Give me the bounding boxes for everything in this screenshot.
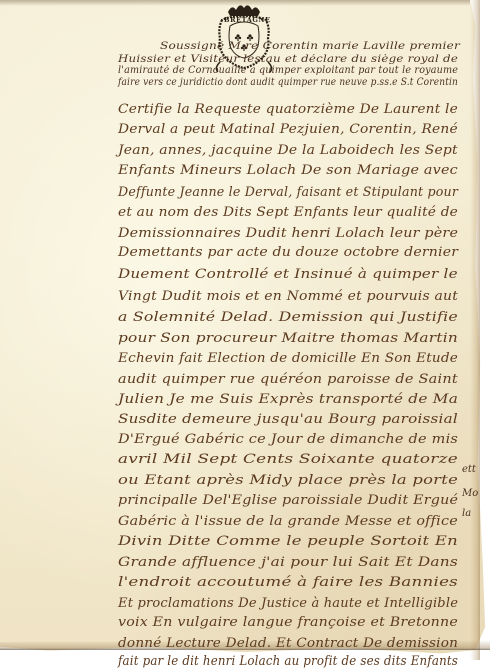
manuscript-line: donné Lecture Delad. Et Contract De demi…: [118, 636, 458, 651]
stamp-label: BRETAGNE: [224, 16, 264, 24]
manuscript-line: ou Etant après Midy place près la porte: [118, 473, 458, 488]
manuscript-line: audit quimper rue quéréon paroisse de Sa…: [118, 372, 458, 387]
manuscript-line: D'Ergué Gabéric ce Jour de dimanche de m…: [118, 432, 458, 447]
manuscript-line: l'amirauté de Cornouaille a quimper expl…: [118, 65, 458, 76]
manuscript-line: Echevin fait Election de domicille En So…: [118, 351, 458, 366]
manuscript-line: Et proclamations De Justice à haute et I…: [118, 596, 458, 611]
manuscript-line: Soussigné M.re Corentin marie Laville pr…: [160, 41, 460, 52]
manuscript-line: Derval a peut Matinal Pezjuien, Corentin…: [118, 122, 458, 137]
manuscript-line: et au nom des Dits Sept Enfants leur qua…: [118, 205, 458, 220]
manuscript-line: Huissier et Visiteur lestau et déclare d…: [118, 54, 458, 65]
margin-note: ett: [462, 464, 476, 475]
margin-note: la: [462, 508, 471, 519]
manuscript-line: Demettants par acte du douze octobre der…: [118, 245, 458, 260]
manuscript-line: Divin Ditte Comme le peuple Sortoit En: [118, 534, 458, 549]
manuscript-line: Enfants Mineurs Lolach De son Mariage av…: [118, 163, 458, 178]
manuscript-line: Deffunte Jeanne le Derval, faisant et St…: [118, 185, 458, 200]
manuscript-line: a Solemnité Delad. Demission qui Justifi…: [118, 310, 458, 325]
manuscript-line: Grande affluence j'ai pour lui Sait Et D…: [118, 555, 458, 570]
manuscript-line: Jean, annes, jacquine De la Laboidech le…: [118, 143, 458, 158]
manuscript-line: Certifie la Requeste quatorzième De Laur…: [118, 102, 458, 117]
manuscript-line: Julien Je me Suis Exprès transporté de M…: [118, 392, 458, 407]
manuscript-line: Gabéric à l'issue de la grande Messe et …: [118, 514, 458, 529]
manuscript-line: Susdite demeure jusqu'au Bourg paroissia…: [118, 412, 458, 427]
manuscript-line: fait par le dit henri Lolach au profit d…: [118, 654, 458, 669]
manuscript-line: l'endroit accoutumé à faire les Bannies: [118, 575, 458, 590]
manuscript-line: Demissionnaires Dudit henri Lolach leur …: [118, 226, 458, 241]
manuscript-line: Duement Controllé et Insinué à quimper l…: [118, 267, 458, 282]
manuscript-line: voix En vulgaire langue françoise et Bre…: [118, 615, 458, 630]
manuscript-line: faire vers ce juridictio dont audit quim…: [118, 77, 458, 88]
manuscript-line: avril Mil Sept Cents Soixante quatorze: [118, 452, 458, 467]
manuscript-line: principalle Del'Eglise paroissiale Dudit…: [118, 493, 458, 508]
manuscript-line: pour Son procureur Maitre thomas Martin: [118, 331, 458, 346]
margin-note: Mo: [462, 488, 478, 499]
paper-edge-right: [470, 0, 480, 660]
manuscript-line: Vingt Dudit mois et en Nommé et pourvuis…: [118, 289, 458, 304]
